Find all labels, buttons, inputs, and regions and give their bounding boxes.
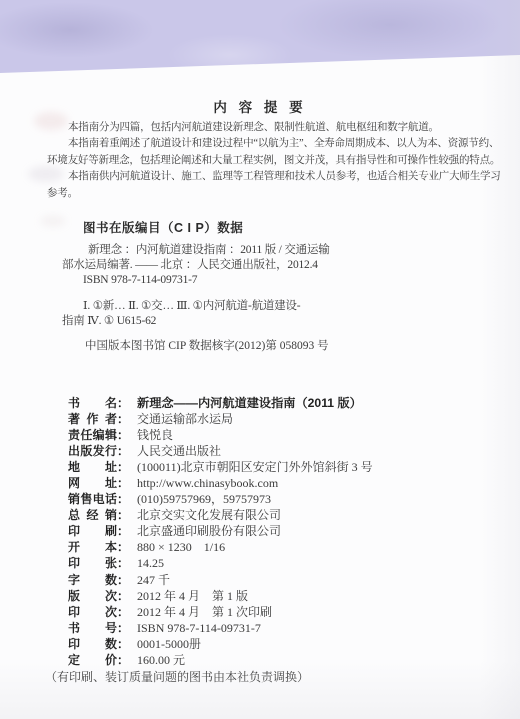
colophon-colon: ：	[117, 491, 129, 507]
colophon-colon: ：	[117, 588, 129, 604]
cip-record-line: 新理念 ：内河航道建设指南 ：2011 版 / 交通运输	[88, 243, 462, 258]
summary-line: 环境友好等新理念，包括理论阐述和大量工程实例，图文并茂，具有指导性和可操作性较强…	[47, 153, 487, 169]
colophon-row-publisher: 出版发行：人民交通出版社	[68, 443, 498, 459]
colophon-label: 开本	[68, 539, 117, 555]
print-run: 0001-5000册	[137, 636, 201, 652]
isbn: ISBN 978-7-114-09731-7	[137, 620, 261, 636]
colophon-colon: ：	[117, 427, 129, 443]
price: 160.00 元	[137, 652, 185, 668]
colophon-label: 地址	[68, 459, 117, 475]
colophon-colon: ：	[117, 395, 129, 411]
colophon-colon: ：	[117, 443, 129, 459]
sales-phone: (010)59757969，59757973	[137, 491, 271, 507]
cip-record-line: 部水运局编著. —— 北京 ：人民交通出版社，2012.4	[62, 258, 462, 273]
colophon-label: 印数	[68, 636, 117, 652]
colophon-colon: ：	[117, 507, 129, 523]
colophon-colon: ：	[117, 620, 129, 636]
cip-registry-note: 中国版本图书馆 CIP 数据核字(2012)第 058093 号	[85, 337, 329, 353]
book-copyright-page: 内 容 提 要 本指南分为四篇，包括内河航道建设新理念、限制性航道、航电枢纽和数…	[0, 0, 520, 719]
cip-gap	[62, 287, 462, 299]
colophon-label: 出版发行	[68, 443, 117, 459]
scan-top-band	[0, 0, 520, 75]
summary-line: 本指南供内河航道设计、施工、监理等工程管理和技术人员参考，也适合相关专业广大师生…	[47, 169, 487, 185]
colophon-row-word-count: 字数：247 千	[68, 572, 498, 588]
colophon-row-title: 书名：新理念——内河航道建设指南（2011 版）	[68, 395, 498, 411]
address: (100011)北京市朝阳区安定门外外馆斜街 3 号	[137, 459, 373, 475]
colophon-label: 书名	[68, 395, 117, 411]
cip-header: 图书在版编目（C I P）数据	[83, 218, 462, 236]
colophon-label: 版次	[68, 588, 117, 604]
colophon-colon: ：	[117, 572, 129, 588]
colophon-label: 定价	[68, 652, 117, 668]
colophon-row-isbn: 书号：ISBN 978-7-114-09731-7	[68, 620, 498, 636]
cip-isbn-line: ISBN 978-7-114-09731-7	[83, 273, 462, 288]
colophon-colon: ：	[117, 555, 129, 571]
cip-classification-line: Ⅰ. ①新… Ⅱ. ①交… Ⅲ. ①内河航道-航道建设-	[83, 299, 462, 314]
colophon-colon: ：	[117, 411, 129, 427]
colophon-label: 书号	[68, 620, 117, 636]
editor: 钱悦良	[137, 427, 173, 443]
colophon-row-impression: 印次：2012 年 4 月 第 1 次印刷	[68, 604, 498, 620]
impression: 2012 年 4 月 第 1 次印刷	[137, 604, 272, 620]
colophon-colon: ：	[117, 604, 129, 620]
colophon-label: 网址	[68, 475, 117, 491]
format: 880 × 1230 1/16	[137, 539, 225, 555]
author: 交通运输部水运局	[137, 411, 233, 427]
colophon-label: 字数	[68, 572, 117, 588]
colophon-label: 销售电话	[68, 491, 117, 507]
printer: 北京盛通印刷股份有限公司	[137, 523, 281, 539]
summary-line: 参考。	[47, 186, 487, 202]
content-summary: 本指南分为四篇，包括内河航道建设新理念、限制性航道、航电枢纽和数字航道。 本指南…	[47, 120, 487, 202]
book-title: 新理念——内河航道建设指南（2011 版）	[137, 395, 362, 411]
colophon-row-sheets: 印张：14.25	[68, 555, 498, 571]
colophon-colon: ：	[117, 523, 129, 539]
colophon-row-sales-phone: 销售电话：(010)59757969，59757973	[68, 491, 498, 507]
cip-data-block: 图书在版编目（C I P）数据 新理念 ：内河航道建设指南 ：2011 版 / …	[62, 218, 462, 329]
colophon-colon: ：	[117, 459, 129, 475]
colophon-row-print-run: 印数：0001-5000册	[68, 636, 498, 652]
colophon-colon: ：	[117, 475, 129, 491]
colophon-label: 印次	[68, 604, 117, 620]
content-summary-title: 内 容 提 要	[0, 96, 520, 116]
colophon-label: 总经销	[68, 507, 117, 523]
colophon-row-address: 地址：(100011)北京市朝阳区安定门外外馆斜街 3 号	[68, 459, 498, 475]
edition: 2012 年 4 月 第 1 版	[137, 588, 248, 604]
colophon-label: 印张	[68, 555, 117, 571]
word-count: 247 千	[137, 572, 170, 588]
colophon-row-editor: 责任编辑：钱悦良	[68, 427, 498, 443]
colophon-block: 书名：新理念——内河航道建设指南（2011 版） 著作者：交通运输部水运局 责任…	[68, 395, 498, 668]
colophon-label: 著作者	[68, 411, 117, 427]
colophon-label: 印刷	[68, 523, 117, 539]
quality-exchange-note: （有印刷、装订质量问题的图书由本社负责调换）	[45, 668, 309, 685]
colophon-row-distributor: 总经销：北京交实文化发展有限公司	[68, 507, 498, 523]
colophon-row-printer: 印刷：北京盛通印刷股份有限公司	[68, 523, 498, 539]
colophon-row-author: 著作者：交通运输部水运局	[68, 411, 498, 427]
colophon-label: 责任编辑	[68, 427, 117, 443]
cip-classification-line: 指南 Ⅳ. ① U615-62	[62, 314, 462, 329]
website-url: http://www.chinasybook.com	[137, 475, 278, 491]
summary-line: 本指南着重阐述了航道设计和建设过程中“以航为主”、全寿命周期成本、以人为本、资源…	[47, 136, 487, 152]
printed-sheets: 14.25	[137, 555, 164, 571]
colophon-colon: ：	[117, 636, 129, 652]
colophon-row-edition: 版次：2012 年 4 月 第 1 版	[68, 588, 498, 604]
summary-line: 本指南分为四篇，包括内河航道建设新理念、限制性航道、航电枢纽和数字航道。	[47, 120, 487, 136]
colophon-row-website: 网址：http://www.chinasybook.com	[68, 475, 498, 491]
colophon-colon: ：	[117, 652, 129, 668]
colophon-row-price: 定价：160.00 元	[68, 652, 498, 668]
colophon-row-format: 开本：880 × 1230 1/16	[68, 539, 498, 555]
colophon-colon: ：	[117, 539, 129, 555]
distributor: 北京交实文化发展有限公司	[137, 507, 281, 523]
publisher: 人民交通出版社	[137, 443, 221, 459]
